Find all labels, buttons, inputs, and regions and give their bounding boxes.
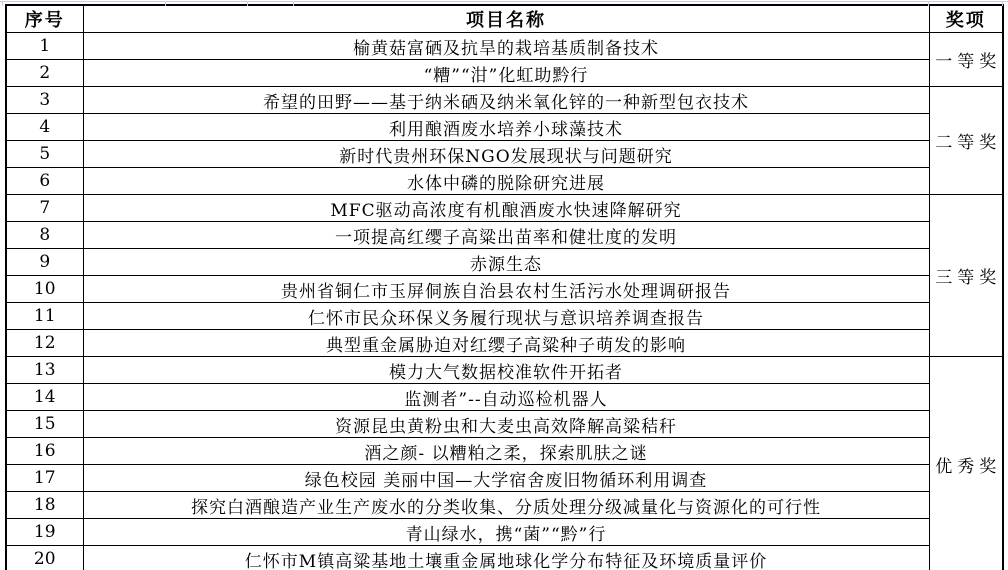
spreadsheet-gridline	[0, 1, 1008, 2]
project-name-cell: 赤源生态	[83, 249, 929, 276]
table-row: 12典型重金属胁迫对红缨子高粱种子萌发的影响	[6, 330, 1003, 357]
gridline-stub	[247, 1, 248, 6]
row-number-cell: 4	[6, 114, 83, 141]
row-number-cell: 20	[6, 546, 83, 570]
project-name-cell: 探究白酒酿造产业生产废水的分类收集、分质处理分级减量化与资源化的可行性	[83, 492, 929, 519]
table-row: 17绿色校园 美丽中国—大学宿舍废旧物循环利用调查	[6, 465, 1003, 492]
project-name-cell: 模力大气数据校准软件开拓者	[83, 357, 929, 384]
project-name-cell: 希望的田野——基于纳米硒及纳米氧化锌的一种新型包衣技术	[83, 87, 929, 114]
row-number-cell: 19	[6, 519, 83, 546]
gridline-stub	[928, 1, 929, 6]
gridline-stub	[2, 1, 3, 6]
table-row: 19青山绿水，携“菌”“黔”行	[6, 519, 1003, 546]
gridline-stub	[293, 1, 294, 6]
table-row: 20仁怀市M镇高粱基地土壤重金属地球化学分布特征及环境质量评价	[6, 546, 1003, 570]
project-name-cell: 监测者”--自动巡检机器人	[83, 384, 929, 411]
table-row: 16酒之颜- 以糟粕之柔，探索肌肤之谜	[6, 438, 1003, 465]
table-row: 18探究白酒酿造产业生产废水的分类收集、分质处理分级减量化与资源化的可行性	[6, 492, 1003, 519]
header-award: 奖项	[929, 5, 1003, 33]
table-row: 4利用酿酒废水培养小球藻技术	[6, 114, 1003, 141]
award-cell: 优秀奖	[929, 357, 1003, 570]
table-row: 3希望的田野——基于纳米硒及纳米氧化锌的一种新型包衣技术二等奖	[6, 87, 1003, 114]
header-index: 序号	[6, 5, 83, 33]
row-number-cell: 14	[6, 384, 83, 411]
row-number-cell: 11	[6, 303, 83, 330]
table-row: 6水体中磷的脱除研究进展	[6, 168, 1003, 195]
project-name-cell: 酒之颜- 以糟粕之柔，探索肌肤之谜	[83, 438, 929, 465]
project-name-cell: 贵州省铜仁市玉屏侗族自治县农村生活污水处理调研报告	[83, 276, 929, 303]
row-number-cell: 8	[6, 222, 83, 249]
header-row: 序号 项目名称 奖项	[6, 5, 1003, 33]
row-number-cell: 16	[6, 438, 83, 465]
table-row: 1榆黄菇富硒及抗旱的栽培基质制备技术一等奖	[6, 33, 1003, 60]
row-number-cell: 18	[6, 492, 83, 519]
project-name-cell: 水体中磷的脱除研究进展	[83, 168, 929, 195]
table-row: 11仁怀市民众环保义务履行现状与意识培养调查报告	[6, 303, 1003, 330]
project-name-cell: 仁怀市民众环保义务履行现状与意识培养调查报告	[83, 303, 929, 330]
project-name-cell: 青山绿水，携“菌”“黔”行	[83, 519, 929, 546]
gridline-stub	[1002, 1, 1003, 6]
header-project: 项目名称	[83, 5, 929, 33]
gridline-stub	[165, 1, 166, 6]
project-name-cell: MFC驱动高浓度有机酿酒废水快速降解研究	[83, 195, 929, 222]
award-cell: 一等奖	[929, 33, 1003, 87]
project-name-cell: 仁怀市M镇高粱基地土壤重金属地球化学分布特征及环境质量评价	[83, 546, 929, 570]
project-name-cell: 资源昆虫黄粉虫和大麦虫高效降解高粱秸秆	[83, 411, 929, 438]
row-number-cell: 6	[6, 168, 83, 195]
row-number-cell: 9	[6, 249, 83, 276]
award-cell: 二等奖	[929, 87, 1003, 195]
table-row: 10贵州省铜仁市玉屏侗族自治县农村生活污水处理调研报告	[6, 276, 1003, 303]
row-number-cell: 2	[6, 60, 83, 87]
project-name-cell: 绿色校园 美丽中国—大学宿舍废旧物循环利用调查	[83, 465, 929, 492]
row-number-cell: 1	[6, 33, 83, 60]
row-number-cell: 15	[6, 411, 83, 438]
table-row: 15资源昆虫黄粉虫和大麦虫高效降解高粱秸秆	[6, 411, 1003, 438]
table-row: 8一项提高红缨子高粱出苗率和健壮度的发明	[6, 222, 1003, 249]
project-name-cell: 典型重金属胁迫对红缨子高粱种子萌发的影响	[83, 330, 929, 357]
row-number-cell: 12	[6, 330, 83, 357]
row-number-cell: 10	[6, 276, 83, 303]
award-cell: 三等奖	[929, 195, 1003, 357]
project-name-cell: 榆黄菇富硒及抗旱的栽培基质制备技术	[83, 33, 929, 60]
project-name-cell: 新时代贵州环保NGO发展现状与问题研究	[83, 141, 929, 168]
table-row: 2“糟”“泔”化虹助黔行	[6, 60, 1003, 87]
project-name-cell: 一项提高红缨子高粱出苗率和健壮度的发明	[83, 222, 929, 249]
table-row: 13模力大气数据校准软件开拓者优秀奖	[6, 357, 1003, 384]
table-row: 14监测者”--自动巡检机器人	[6, 384, 1003, 411]
row-number-cell: 17	[6, 465, 83, 492]
project-name-cell: “糟”“泔”化虹助黔行	[83, 60, 929, 87]
table-row: 7MFC驱动高浓度有机酿酒废水快速降解研究三等奖	[6, 195, 1003, 222]
row-number-cell: 13	[6, 357, 83, 384]
award-projects-table: 序号 项目名称 奖项 1榆黄菇富硒及抗旱的栽培基质制备技术一等奖2“糟”“泔”化…	[5, 4, 1004, 570]
row-number-cell: 5	[6, 141, 83, 168]
table-row: 5新时代贵州环保NGO发展现状与问题研究	[6, 141, 1003, 168]
row-number-cell: 3	[6, 87, 83, 114]
project-name-cell: 利用酿酒废水培养小球藻技术	[83, 114, 929, 141]
row-number-cell: 7	[6, 195, 83, 222]
table-row: 9赤源生态	[6, 249, 1003, 276]
